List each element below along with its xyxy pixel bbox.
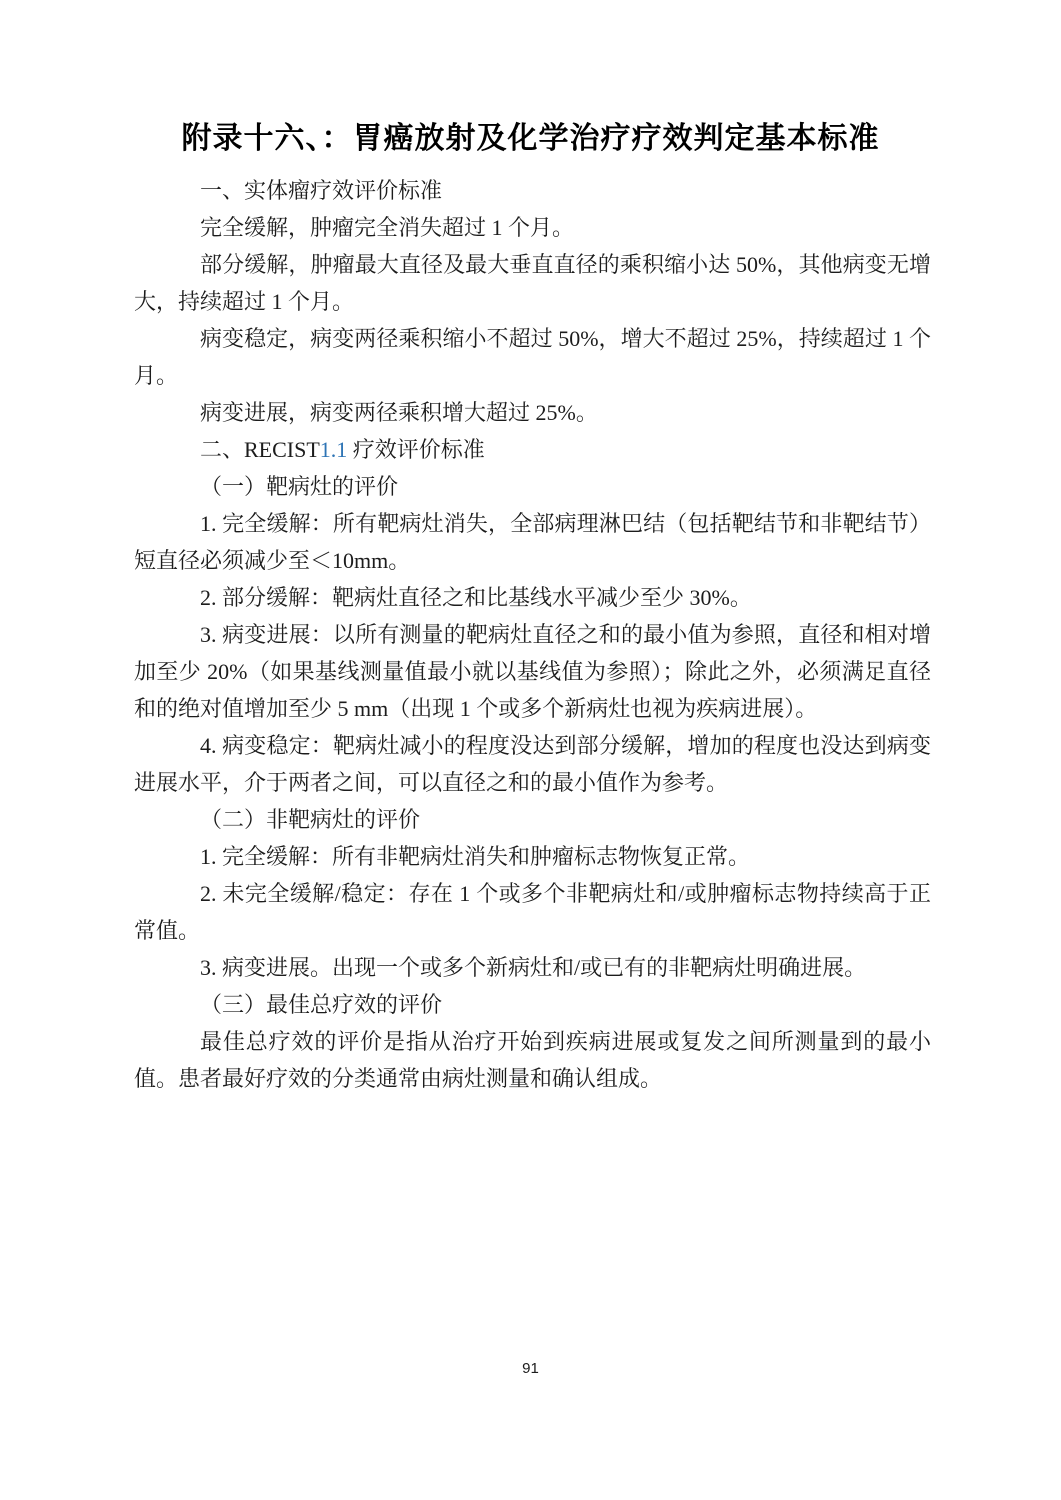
recist-version: 1.1 xyxy=(320,437,348,462)
heading-recist-criteria: 二、RECIST1.1 疗效评价标准 xyxy=(134,431,931,468)
para-complete-response: 完全缓解，肿瘤完全消失超过 1 个月。 xyxy=(134,209,931,246)
document-body: 一、实体瘤疗效评价标准 完全缓解，肿瘤完全消失超过 1 个月。 部分缓解，肿瘤最… xyxy=(134,172,931,1097)
page-title: 附录十六、：胃癌放射及化学治疗疗效判定基本标准 xyxy=(0,116,1061,162)
para-target-pd: 3. 病变进展：以所有测量的靶病灶直径之和的最小值为参照，直径和相对增加至少 2… xyxy=(134,616,931,727)
para-target-sd: 4. 病变稳定：靶病灶减小的程度没达到部分缓解，增加的程度也没达到病变进展水平，… xyxy=(134,727,931,801)
para-non-target-pd: 3. 病变进展。出现一个或多个新病灶和/或已有的非靶病灶明确进展。 xyxy=(134,949,931,986)
para-partial-response: 部分缓解，肿瘤最大直径及最大垂直直径的乘积缩小达 50%，其他病变无增大，持续超… xyxy=(134,246,931,320)
para-non-target-incomplete: 2. 未完全缓解/稳定：存在 1 个或多个非靶病灶和/或肿瘤标志物持续高于正常值… xyxy=(134,875,931,949)
page-number: 91 xyxy=(0,1360,1061,1377)
document-page: 附录十六、：胃癌放射及化学治疗疗效判定基本标准 一、实体瘤疗效评价标准 完全缓解… xyxy=(0,0,1061,1500)
recist-heading-prefix: 二、RECIST xyxy=(200,437,320,462)
heading-solid-tumor-criteria: 一、实体瘤疗效评价标准 xyxy=(134,172,931,209)
para-target-pr: 2. 部分缓解：靶病灶直径之和比基线水平减少至少 30%。 xyxy=(134,579,931,616)
para-target-cr: 1. 完全缓解：所有靶病灶消失，全部病理淋巴结（包括靶结节和非靶结节）短直径必须… xyxy=(134,505,931,579)
para-progressive-disease: 病变进展，病变两径乘积增大超过 25%。 xyxy=(134,394,931,431)
recist-heading-suffix: 疗效评价标准 xyxy=(347,437,485,462)
subheading-non-target-lesions: （二）非靶病灶的评价 xyxy=(134,801,931,838)
subheading-best-overall-response: （三）最佳总疗效的评价 xyxy=(134,986,931,1023)
para-non-target-cr: 1. 完全缓解：所有非靶病灶消失和肿瘤标志物恢复正常。 xyxy=(134,838,931,875)
para-best-overall-response: 最佳总疗效的评价是指从治疗开始到疾病进展或复发之间所测量到的最小值。患者最好疗效… xyxy=(134,1023,931,1097)
para-stable-disease: 病变稳定，病变两径乘积缩小不超过 50%，增大不超过 25%，持续超过 1 个月… xyxy=(134,320,931,394)
subheading-target-lesions: （一）靶病灶的评价 xyxy=(134,468,931,505)
